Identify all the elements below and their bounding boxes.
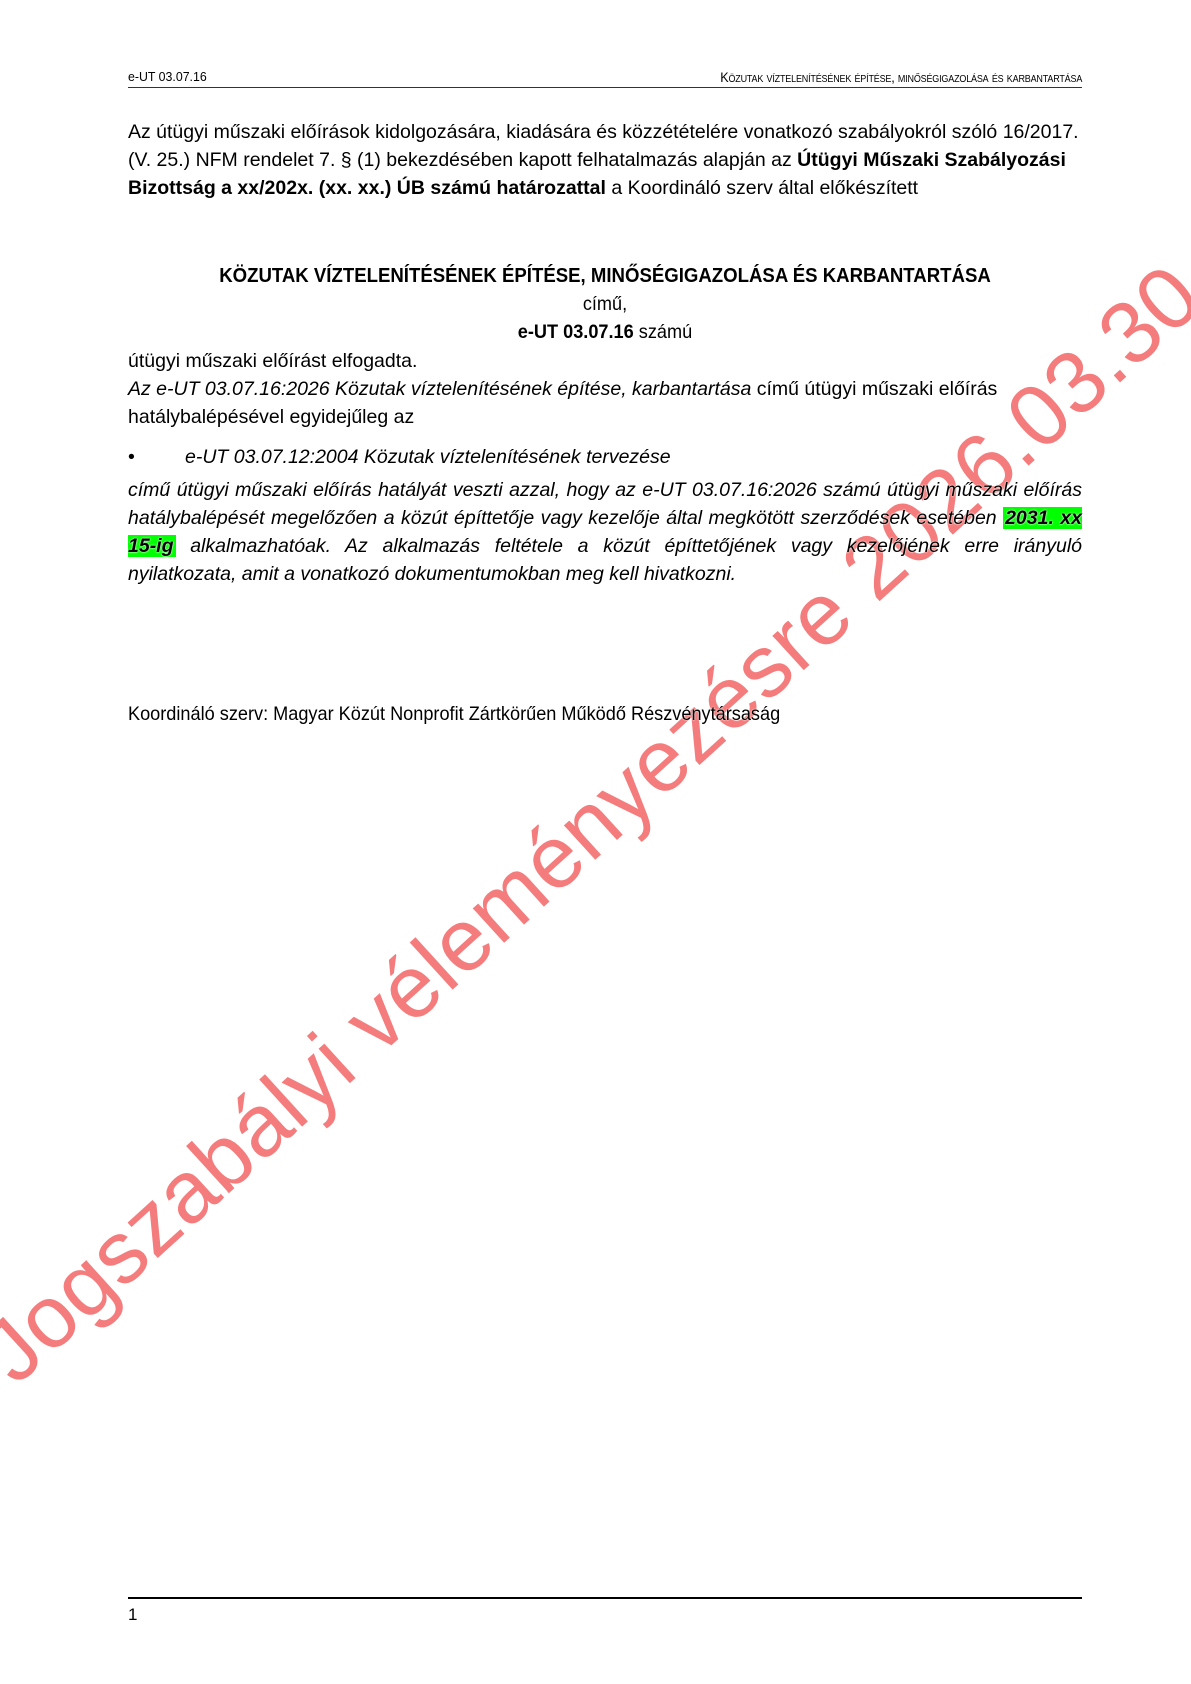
document-title: KÖZUTAK VÍZTELENÍTÉSÉNEK ÉPÍTÉSE, MINŐSÉ… <box>161 262 1048 290</box>
repeal-intro: Az e-UT 03.07.16:2026 Közutak víztelenít… <box>128 375 1082 431</box>
repeal-intro-italic: Az e-UT 03.07.16:2026 Közutak víztelenít… <box>128 378 751 400</box>
repeal-body-after: alkalmazhatóak. Az alkalmazás feltétele … <box>128 535 1082 585</box>
repealed-standard: e-UT 03.07.12:2004 Közutak víztelenítésé… <box>185 443 671 471</box>
document-number-line: e-UT 03.07.16 számú <box>161 318 1048 346</box>
accepted-line: útügyi műszaki előírást elfogadta. <box>128 347 1082 375</box>
page-footer: 1 <box>128 1597 1082 1599</box>
document-number: e-UT 03.07.16 <box>518 321 634 343</box>
bullet-icon: • <box>128 443 135 471</box>
document-number-tail: számú <box>634 321 692 343</box>
intro-tail: a Koordináló szerv által előkészített <box>606 177 918 199</box>
repeal-body-before: című útügyi műszaki előírás hatályát ves… <box>128 479 1082 529</box>
document-body: Az útügyi műszaki előírások kidolgozásár… <box>0 0 1191 1684</box>
intro-paragraph: Az útügyi műszaki előírások kidolgozásár… <box>128 118 1082 202</box>
repeal-paragraph: című útügyi műszaki előírás hatályát ves… <box>128 476 1082 588</box>
coordinator-line: Koordináló szerv: Magyar Közút Nonprofit… <box>128 700 780 728</box>
title-cimu: című, <box>161 290 1048 318</box>
page-number: 1 <box>128 1605 137 1625</box>
